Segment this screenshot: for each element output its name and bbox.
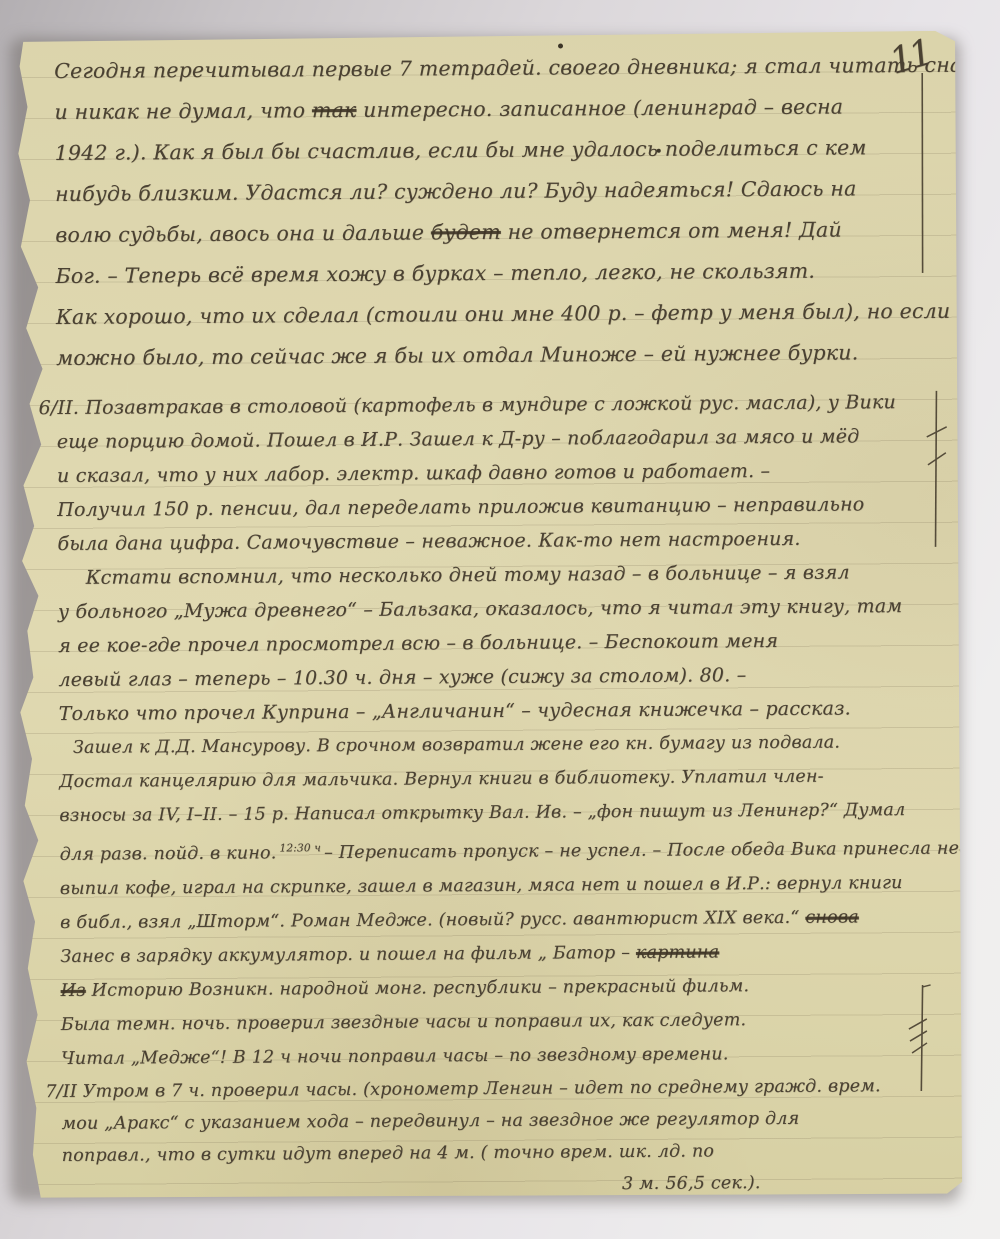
manuscript-lines: Сегодня перечитывал первые 7 тетрадей. с… (54, 45, 950, 1204)
text-run: Достал канцелярию для мальчика. Вернул к… (59, 767, 824, 792)
text-run: поправл., что в сутки идут вперед на 4 м… (62, 1141, 714, 1166)
text-run: Только что прочел Куприна – „Англичанин“… (59, 697, 851, 725)
scanned-page-scene: 11 Сегодня пе (0, 0, 1000, 1239)
text-run: волю судьбы, авось она и дальше (55, 220, 431, 247)
text-run: 7/II Утром в 7 ч. проверил часы. (хроном… (45, 1076, 881, 1102)
text-run: – Переписать пропуск – не успел. – После… (324, 838, 986, 863)
paragraph: 7/II Утром в 7 ч. проверил часы. (хроном… (61, 1070, 950, 1204)
manuscript-line: для разв. пойд. в кино.12:30 ч– Переписа… (60, 827, 948, 872)
text-run: и сказал, что у них лабор. электр. шкаф … (57, 460, 770, 487)
paragraph: 6/II. Позавтракав в столовой (картофель … (56, 385, 946, 731)
text-run: для разв. пойд. в кино. (60, 843, 277, 865)
manuscript-line: Сегодня перечитывал первые 7 тетрадей. с… (54, 45, 942, 92)
text-run: нибудь близким. Удастся ли? суждено ли? … (55, 176, 857, 206)
text-run: еще порцию домой. Пошел в И.Р. Зашел к Д… (57, 425, 860, 453)
text-run: Историю Возникн. народной монг. республи… (86, 976, 750, 1001)
text-run: Получил 150 р. пенсии, дал переделать пр… (57, 493, 864, 521)
text-run: Бог. – Теперь всё время хожу в бурках – … (56, 259, 816, 288)
text-run: была дана цифра. Самочувствие – неважное… (57, 528, 800, 555)
text-run: и никак не думал, что (54, 98, 312, 124)
text-run: Занес в зарядку аккумулятор. и пошел на … (60, 943, 636, 967)
diary-paper-sheet: 11 Сегодня пе (10, 31, 964, 1202)
text-run: Как хорошо, что их сделал (стоили они мн… (56, 299, 951, 329)
paragraph: Сегодня перечитывал первые 7 тетрадей. с… (54, 45, 944, 379)
text-run: Из (61, 981, 86, 1001)
text-run: картина (636, 942, 719, 963)
text-run: интересно. записанное (ленинград – весна (356, 95, 843, 122)
text-run: Была темн. ночь. проверил звездные часы … (61, 1010, 747, 1035)
text-run: я ее кое-где прочел просмотрел всю – в б… (58, 630, 778, 657)
text-run: 3 м. 56,5 сек.). (622, 1173, 761, 1194)
text-run: Зашел к Д.Д. Мансурову. В срочном возвра… (73, 733, 840, 758)
manuscript-line: нибудь близким. Удастся ли? суждено ли? … (55, 168, 943, 215)
manuscript-line: Как хорошо, что их сделал (стоили они мн… (56, 291, 944, 338)
manuscript-line: Бог. – Теперь всё время хожу в бурках – … (55, 250, 943, 297)
text-run: у больного „Мужа древнего“ – Бальзака, о… (58, 595, 902, 623)
text-run: можно было, то сейчас же я бы их отдал М… (56, 340, 858, 370)
text-run: не отвернется от меня! Дай (501, 218, 842, 244)
manuscript-line: 1942 г.). Как я был бы счастлив, если бы… (55, 127, 943, 174)
text-run: 12:30 ч (279, 842, 321, 854)
text-run: так (312, 98, 357, 122)
text-run: в библ., взял „Шторм“. Роман Медже. (нов… (60, 908, 805, 933)
text-run: выпил кофе, играл на скрипке, зашел в ма… (60, 873, 903, 899)
text-run: Читал „Медже“! В 12 ч ночи поправил часы… (61, 1044, 729, 1069)
text-run: 6/II. Позавтракав в столовой (картофель … (38, 391, 896, 419)
text-run: Сегодня перечитывал первые 7 тетрадей. с… (54, 52, 1000, 83)
text-run: мои „Аракс“ с указанием хода – передвину… (61, 1109, 799, 1134)
text-run: левый глаз – теперь – 10.30 ч. дня – хуж… (58, 664, 746, 691)
text-run: взносы за IV, I–II. – 15 р. Написал откр… (59, 800, 905, 826)
manuscript-line: волю судьбы, авось она и дальше будет не… (55, 209, 943, 256)
text-run: 1942 г.). Как я был бы счастлив, если бы… (55, 135, 867, 165)
text-run: снова (805, 907, 859, 927)
text-run: будет (431, 220, 501, 244)
paragraph: Зашел к Д.Д. Мансурову. В срочном возвра… (59, 725, 949, 1076)
manuscript-line: и никак не думал, что так интересно. зап… (54, 86, 942, 133)
text-run: Кстати вспомнил, что несколько дней тому… (86, 561, 850, 588)
manuscript-line: можно было, то сейчас же я бы их отдал М… (56, 332, 944, 379)
